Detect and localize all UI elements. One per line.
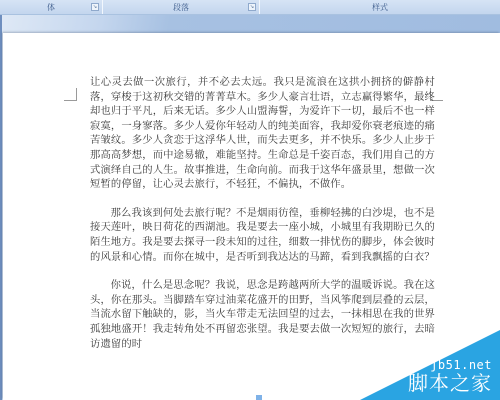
ribbon-group-styles-label: 样式 [372,2,388,13]
font-dialog-launcher-icon[interactable]: ↘ [91,3,99,11]
ribbon-group-paragraph-label: 段落 [173,2,189,13]
ribbon-group-bar: 体 ↘ 段落 ↘ 样式 [0,0,500,15]
paragraph-1[interactable]: 让心灵去做一次旅行，并不必去太远。我只是流浪在这拱小拥挤的僻静村落，穿梭于这初秋… [90,75,435,192]
document-body[interactable]: 让心灵去做一次旅行，并不必去太远。我只是流浪在这拱小拥挤的僻静村落，穿梭于这初秋… [90,75,435,365]
watermark: jb51.net 脚本之家 [360,330,500,400]
paragraph-dialog-launcher-icon[interactable]: ↘ [248,3,256,11]
scroll-position-marker [256,395,262,400]
margin-crop-mark-top-left [64,88,77,101]
ribbon-group-styles: 样式 [260,0,500,14]
ribbon-group-font: 体 ↘ [0,0,103,14]
watermark-site-name: 脚本之家 [408,367,492,396]
ribbon-group-font-label: 体 [47,2,55,13]
paragraph-2[interactable]: 那么我该到何处去旅行呢？不是烟雨彷徨，垂柳轻拂的白沙堤，也不是接天莲叶，映日荷花… [90,206,435,264]
ribbon-group-paragraph: 段落 ↘ [103,0,260,14]
vertical-ruler [0,15,2,400]
